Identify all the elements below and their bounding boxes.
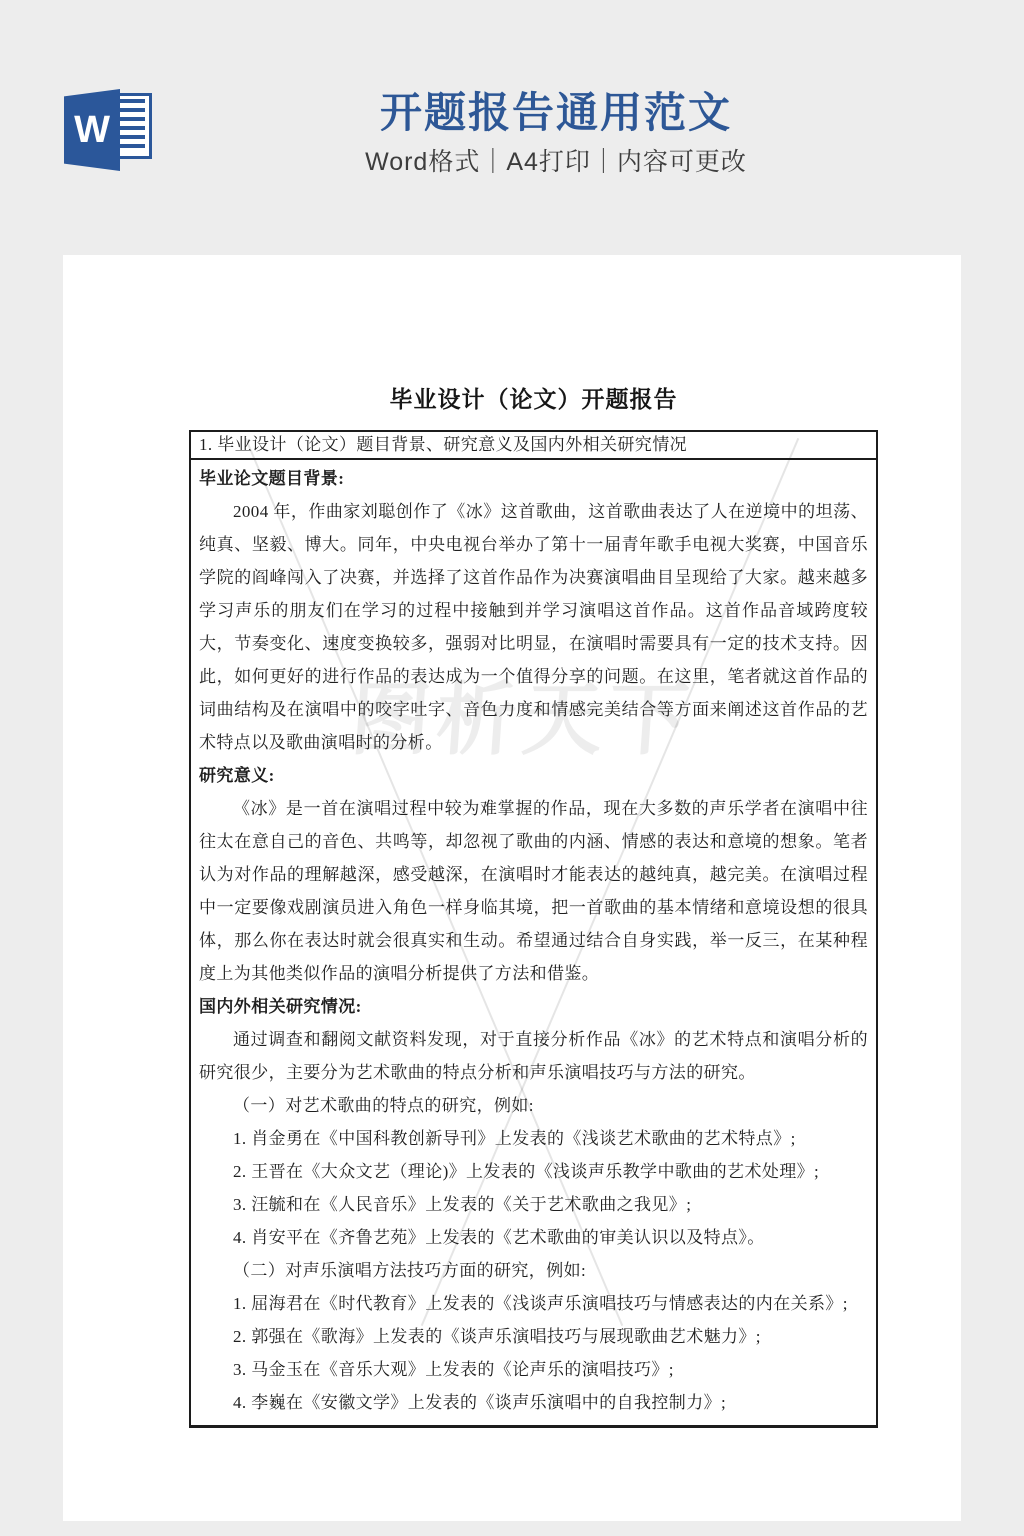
doc-line-item: 2. 郭强在《歌海》上发表的《谈声乐演唱技巧与展现歌曲艺术魅力》; [199,1320,868,1353]
doc-line-item: （二）对声乐演唱方法技巧方面的研究，例如: [199,1254,868,1287]
report-table: 1. 毕业设计（论文）题目背景、研究意义及国内外相关研究情况 毕业论文题目背景:… [189,430,878,1428]
doc-line-item: 3. 马金玉在《音乐大观》上发表的《论声乐的演唱技巧》; [199,1353,868,1386]
doc-line-item: 4. 李巍在《安徽文学》上发表的《谈声乐演唱中的自我控制力》; [199,1386,868,1419]
doc-line-heading: 毕业论文题目背景: [199,462,868,495]
doc-line-heading: 国内外相关研究情况: [199,990,868,1023]
doc-line-heading: 研究意义: [199,759,868,792]
doc-line-item: （一）对艺术歌曲的特点的研究，例如: [199,1089,868,1122]
a4-page: 图析天下 毕业设计（论文）开题报告 1. 毕业设计（论文）题目背景、研究意义及国… [63,255,961,1521]
brand-header: W 开题报告通用范文 Word格式｜A4打印｜内容可更改 [0,0,1024,255]
table-body: 毕业论文题目背景:2004 年，作曲家刘聪创作了《冰》这首歌曲，这首歌曲表达了人… [191,460,876,1425]
doc-title: 毕业设计（论文）开题报告 [189,383,878,417]
doc-line-para: 2004 年，作曲家刘聪创作了《冰》这首歌曲，这首歌曲表达了人在逆境中的坦荡、纯… [199,495,868,759]
template-title: 开题报告通用范文 [88,90,1024,136]
doc-line-item: 1. 屈海君在《时代教育》上发表的《浅谈声乐演唱技巧与情感表达的内在关系》; [199,1287,868,1320]
doc-line-para: 《冰》是一首在演唱过程中较为难掌握的作品，现在大多数的声乐学者在演唱中往往太在意… [199,792,868,990]
doc-line-para: 通过调查和翻阅文献资料发现，对于直接分析作品《冰》的艺术特点和演唱分析的研究很少… [199,1023,868,1089]
doc-line-item: 1. 肖金勇在《中国科教创新导刊》上发表的《浅谈艺术歌曲的艺术特点》; [199,1122,868,1155]
doc-line-item: 4. 肖安平在《齐鲁艺苑》上发表的《艺术歌曲的审美认识以及特点》。 [199,1221,868,1254]
doc-line-item: 3. 汪毓和在《人民音乐》上发表的《关于艺术歌曲之我见》; [199,1188,868,1221]
doc-line-item: 2. 王晋在《大众文艺（理论)》上发表的《浅谈声乐教学中歌曲的艺术处理》; [199,1155,868,1188]
template-subtitle: Word格式｜A4打印｜内容可更改 [88,148,1024,176]
canvas: W 开题报告通用范文 Word格式｜A4打印｜内容可更改 图析天下 毕业设计（论… [0,0,1024,1536]
table-header-row: 1. 毕业设计（论文）题目背景、研究意义及国内外相关研究情况 [191,432,876,460]
header-text: 开题报告通用范文 Word格式｜A4打印｜内容可更改 [88,90,1024,176]
